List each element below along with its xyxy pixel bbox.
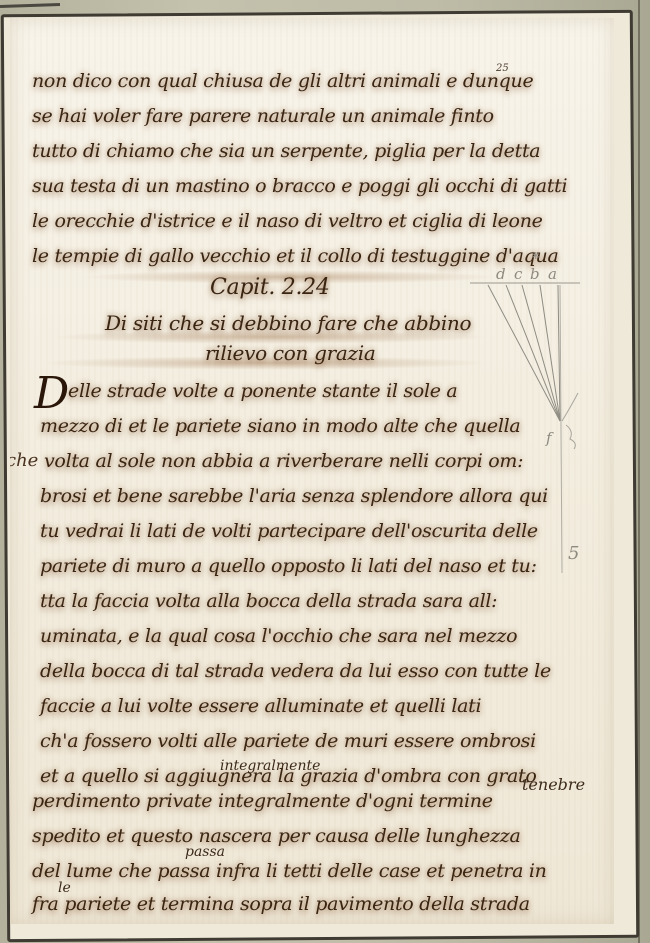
- text-line: tutto di chiamo che sia un serpente, pig…: [32, 140, 540, 162]
- chapter-heading: Capit. 2.24: [210, 275, 330, 300]
- text-line: ch'a fossero volti alle pariete de muri …: [40, 730, 536, 752]
- manuscript-page: 25 non dico con qual chiusa de gli altri…: [10, 18, 614, 924]
- text-line: faccie a lui volte essere alluminate et …: [40, 695, 481, 717]
- text-line: pariete di muro a quello opposto li lati…: [40, 555, 537, 577]
- text-line: fra pariete et termina sopra il paviment…: [32, 893, 530, 915]
- text-line: mezzo di et le pariete siano in modo alt…: [40, 415, 520, 437]
- diagram-lines: [470, 243, 590, 583]
- text-line: non dico con qual chiusa de gli altri an…: [32, 70, 533, 92]
- text-line: le orecchie d'istrice e il naso di veltr…: [32, 210, 543, 232]
- text-line: perdimento private integralmente d'ogni …: [32, 790, 493, 812]
- text-line: della bocca di tal strada vedera da lui …: [40, 660, 551, 682]
- interlinear-insertion: integralmente: [220, 758, 320, 774]
- mount-border-line: [638, 0, 640, 943]
- text-line: se hai voler fare parere naturale un ani…: [32, 105, 494, 127]
- text-line: tta la faccia volta alla bocca della str…: [40, 590, 497, 612]
- drop-cap: D: [34, 368, 69, 419]
- text-line: del lume che passa infra li tetti delle …: [32, 860, 547, 882]
- chapter-title-line: Di siti che si debbino fare che abbino: [105, 311, 471, 335]
- text-line: spedito et questo nascera per causa dell…: [32, 825, 521, 847]
- diagram-label-d: d: [496, 265, 506, 283]
- perspective-diagram: * d c b a f 5: [470, 243, 590, 583]
- diagram-label-5: 5: [568, 543, 579, 564]
- text-line: volta al sole non abbia a riverberare ne…: [44, 450, 523, 472]
- text-line: sua testa di un mastino o bracco e poggi…: [32, 175, 567, 197]
- diagram-label-a: a: [548, 265, 557, 283]
- text-line: elle strade volte a ponente stante il so…: [68, 380, 457, 402]
- chapter-title-line: rilievo con grazia: [205, 341, 376, 365]
- diagram-label-f: f: [546, 429, 552, 447]
- text-line: uminata, e la qual cosa l'occhio che sar…: [40, 625, 517, 647]
- diagram-label-b: b: [530, 265, 540, 283]
- interlinear-insertion: tenebre: [522, 775, 585, 794]
- diagram-label-c: c: [514, 265, 522, 283]
- margin-note-left: che: [10, 450, 38, 471]
- text-line: tu vedrai li lati de volti partecipare d…: [40, 520, 538, 542]
- interlinear-insertion: passa: [185, 844, 225, 860]
